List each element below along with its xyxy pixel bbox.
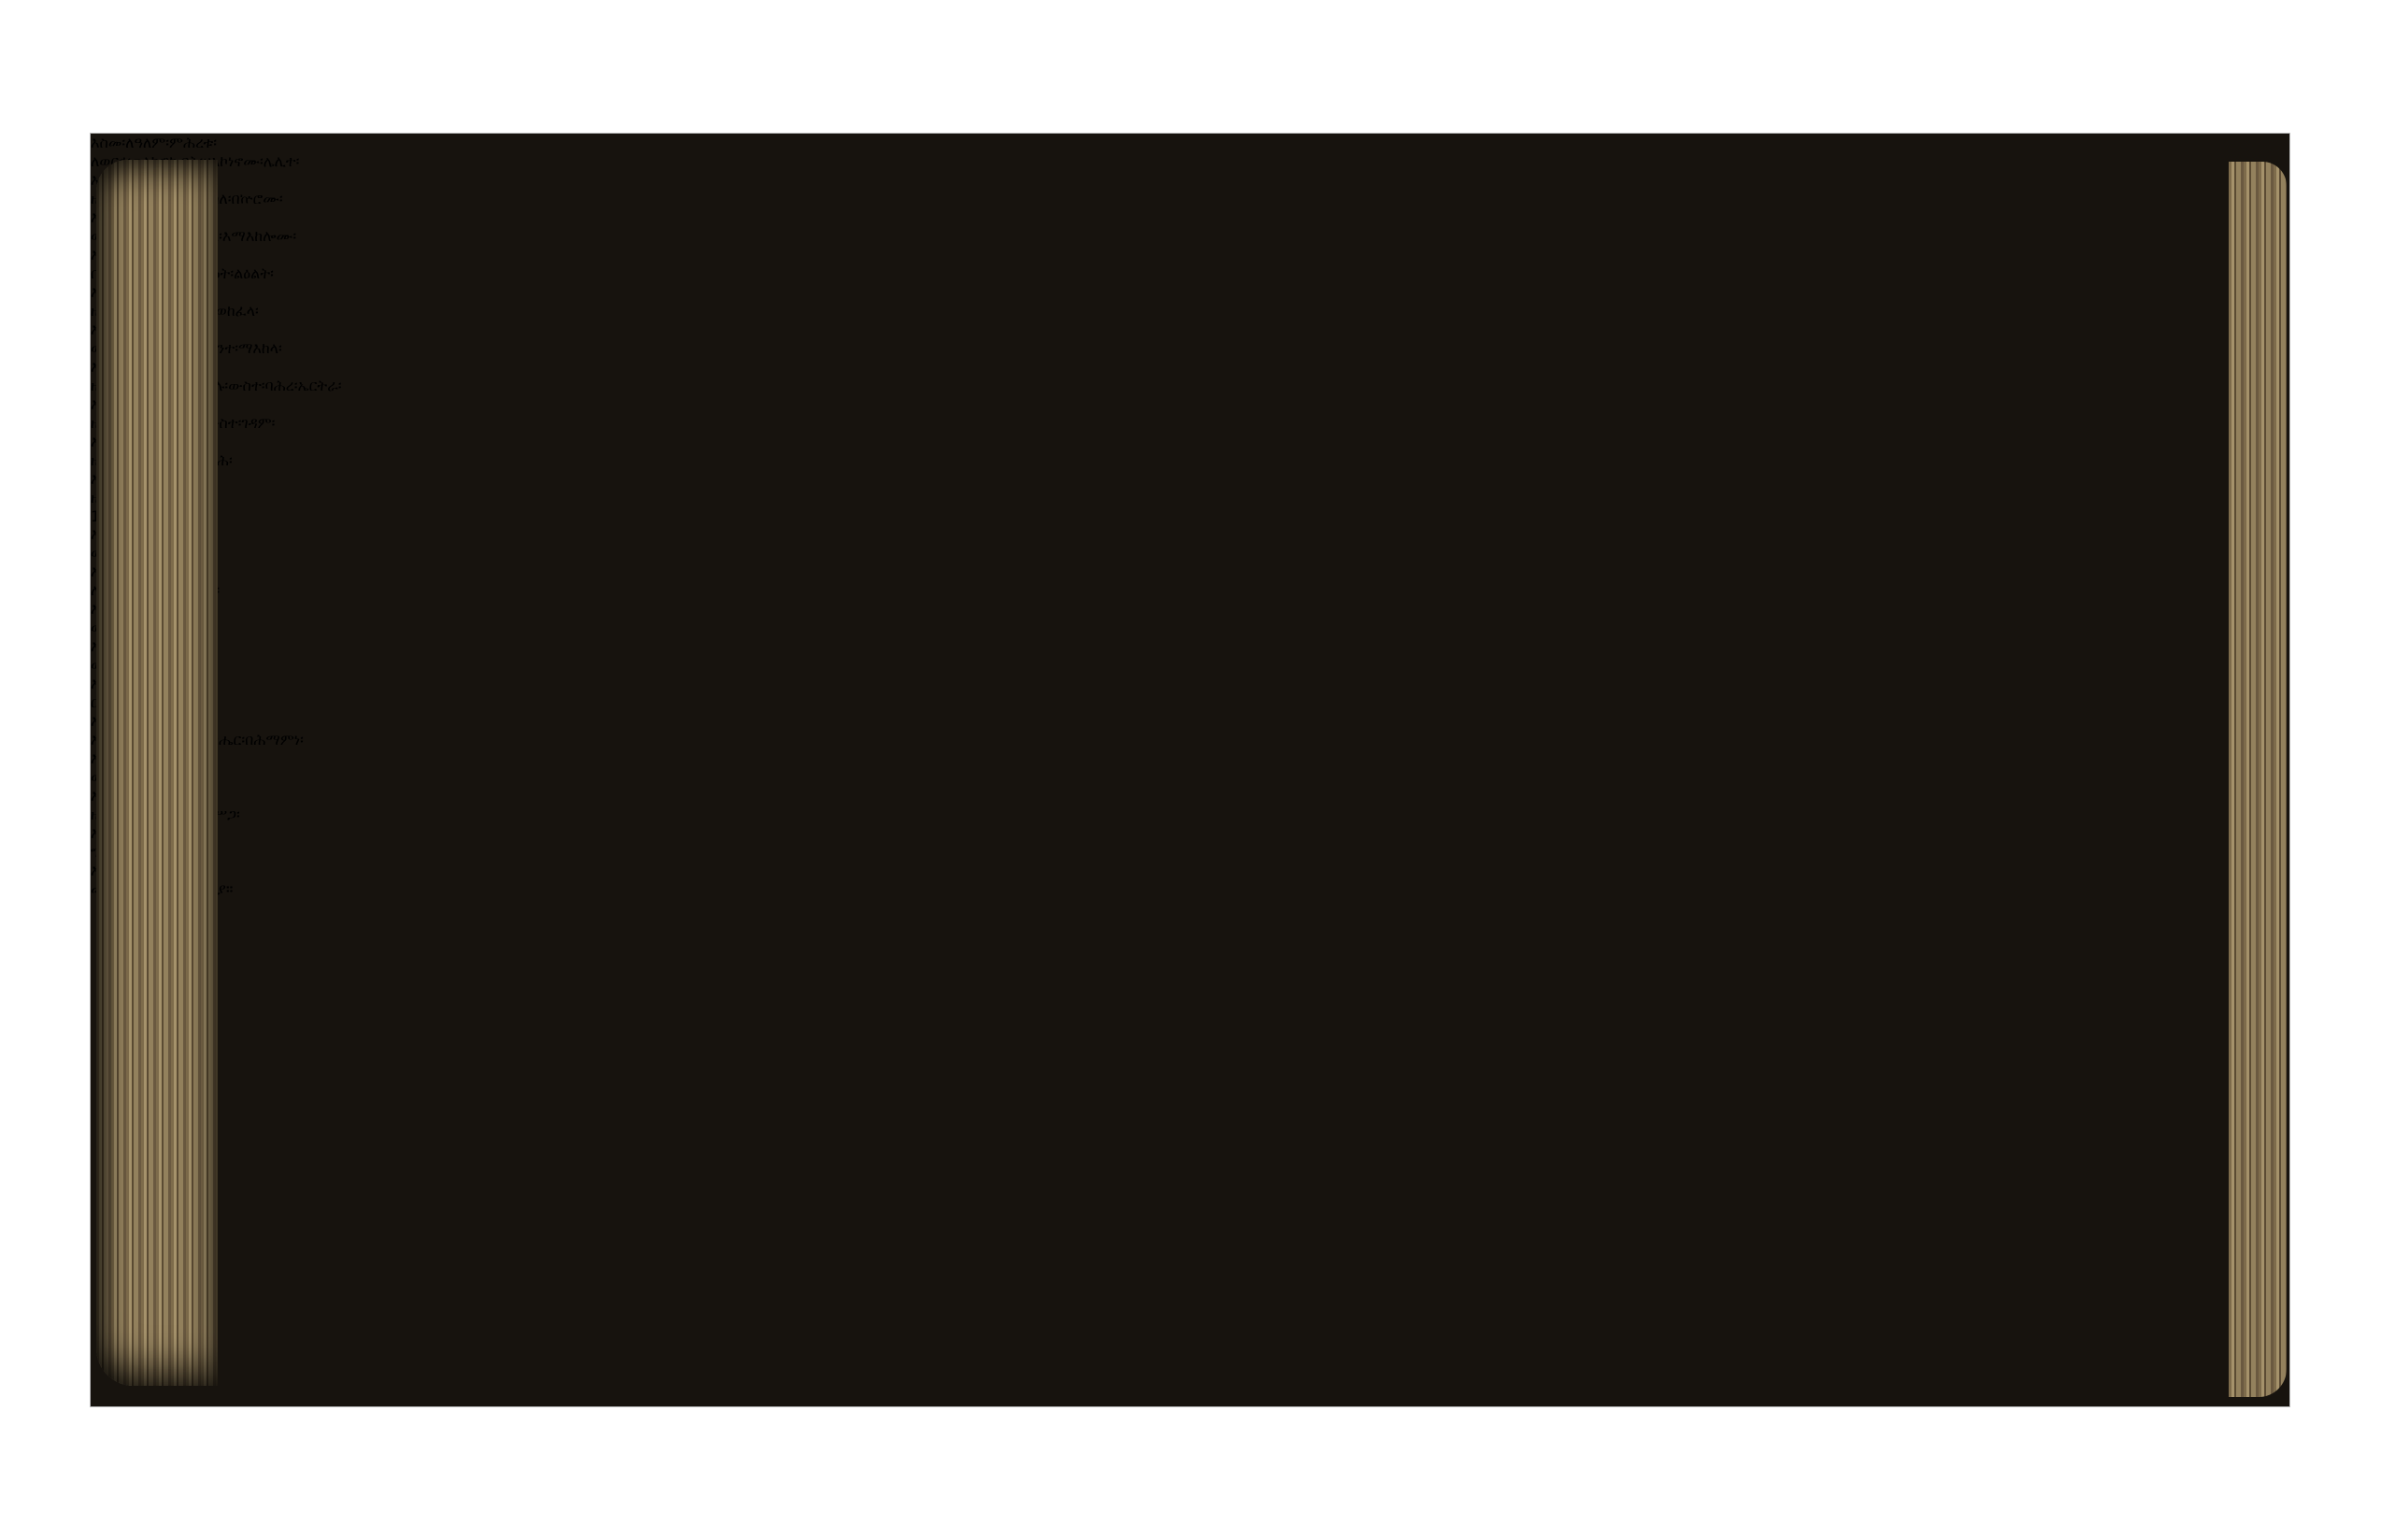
manuscript-line: ዘቀተሎሙ፡ለግብጽ፡ምስለ፡በኵሮሙ፡ <box>91 190 2289 208</box>
manuscript-photo: እስመ፡ለዓለም፡ምሕረቱ፡ለወርኅ፡ወለከዋክብት፡ዘአኮነኖሙ፡ሌሊተ፡እስ… <box>91 134 2289 1406</box>
manuscript-line: ዘቀተለ፡ነገሥተ፡ዓበይተ፡ <box>91 489 2289 507</box>
right-page-edge-stack <box>2229 162 2287 1397</box>
manuscript-line: ዘነፅሐ፡ለፈርዖን፡ወለኃይሉ፡ውስተ፡ባሕረ፡ኤርትራ፡ <box>91 377 2289 395</box>
manuscript-line: ወአፅአሙ፡ለእስራኤል፡እንተ፡ማእከላ፡ <box>91 339 2289 358</box>
manuscript-line: እስመ፡ለዓለም፡ምሕረቱ፡ <box>91 675 2289 693</box>
manuscript-line: እስመ፡ለዓለም፡ምሕረቱ፡ <box>91 563 2289 581</box>
folio-number: 123 <box>91 507 2289 525</box>
manuscript-line: እስመ፡ለዓለም፡ምሕረቱ፡ <box>91 525 2289 544</box>
left-page-lines: እስመ፡ለዓለም፡ምሕረቱ፡ለወርኅ፡ወለከዋክብት፡ዘአኮነኖሙ፡ሌሊተ፡እስ… <box>91 134 2289 507</box>
manuscript-line: እስመ፡ተዘከረነ፡እግዚአብሔር፡በሕማምነ፡ <box>91 731 2289 749</box>
manuscript-line: እስመ፡ለዓለም፡ምሕረቱ፡ <box>91 433 2289 451</box>
manuscript-line: እስመ፡ለዓለም፡ምሕረቱ፡ <box>91 470 2289 489</box>
manuscript-line: እስመ፡ለዓለም፡ምሕረቱ፡ <box>91 824 2289 843</box>
manuscript-line: ርስተ፡እስራኤል፡ገብሩ፡ <box>91 693 2289 712</box>
right-manuscript-page: 123 እስመ፡ለዓለም፡ምሕረቱ፡ወቀተለ፡ነገሥተ፡ጽኑዓነ፡እስመ፡ለዓለ… <box>91 507 2289 899</box>
left-manuscript-page: እስመ፡ለዓለም፡ምሕረቱ፡ለወርኅ፡ወለከዋክብት፡ዘአኮነኖሙ፡ሌሊተ፡እስ… <box>91 134 2289 507</box>
manuscript-line: ዘአውፅአ፡ማየ፡እምኰኵሕ፡ <box>91 451 2289 470</box>
line-text: እስመ፡ለዓለም፡ምሕረቱ፡ <box>91 134 217 151</box>
manuscript-line: እስመ፡ለዓለም፡ምሕረቱ፡ <box>91 862 2289 880</box>
right-page-lines: እስመ፡ለዓለም፡ምሕረቱ፡ወቀተለ፡ነገሥተ፡ጽኑዓነ፡እስመ፡ለዓለም፡ምሕ… <box>91 525 2289 899</box>
manuscript-line: እስመ፡ለዓለም፡ምሕረቱ፡ <box>91 134 2289 152</box>
manuscript-line: እስመ፡ለዓለም፡ምሕረቱ፡ <box>91 637 2289 656</box>
manuscript-line: እስመ፡ለዓለም፡ምሕረቱ፡ <box>91 787 2289 806</box>
manuscript-line: እስመ፡ለዓለም፡ምሕረቱ፡ <box>91 321 2289 339</box>
manuscript-line: እስመ፡ለዓለም፡ምሕረቱ፡ <box>91 283 2289 302</box>
manuscript-line: ዘአውፅአሙ፡ለሕዝቡ፡ውስተ፡ገዳም፡ <box>91 414 2289 433</box>
left-page-edge-stack <box>96 160 218 1386</box>
manuscript-line: ወለአግ፡ንጉሠ፡ባሳን፡ <box>91 619 2289 637</box>
manuscript-line: መዝሙር፡ዘዳዊት፡ሃሌ፡ሉያ። <box>91 880 2289 899</box>
manuscript-line: ለወርኅ፡ወለከዋክብት፡ዘአኮነኖሙ፡ሌሊተ፡ <box>91 152 2289 171</box>
manuscript-line: እስመ፡ለዓለም፡ምሕረቱ፡ <box>91 358 2289 377</box>
manuscript-line: ለሴዎን፡ንጉሠ፡አሞሬዎን፡ <box>91 581 2289 600</box>
manuscript-line: እስመ፡ለዓለም፡ምሕረቱ፡ <box>91 208 2289 227</box>
screenshot-root: እስመ፡ለዓለም፡ምሕረቱ፡ለወርኅ፡ወለከዋክብት፡ዘአኮነኖሙ፡ሌሊተ፡እስ… <box>0 0 2381 1540</box>
manuscript-line: እስመ፡ለዓለም፡ምሕረቱ፡ <box>91 171 2289 190</box>
manuscript-line: እስመ፡ለዓለም፡ምሕረቱ፡ <box>91 246 2289 264</box>
manuscript-line: እስመ፡ለዓለም፡ምሕረቱ <box>91 600 2289 619</box>
manuscript-line: ዘነፈቃ፡ለባሕረ፡ኤርትራ፡ወከፈላ፡ <box>91 302 2289 321</box>
manuscript-line: በእድ፡ፅንዕት፡ወበመዝራዕት፡ልዕልት፡ <box>91 264 2289 283</box>
manuscript-line: ወወሀበ፡ምድሮሙ፡ርስተ፡ <box>91 656 2289 675</box>
manuscript-line: ወአድኃነነ፡እምእደ፡ፀርነ፡ <box>91 768 2289 787</box>
manuscript-line: እስመ፡ለዓለም፡ምሕረቱ፡ <box>91 712 2289 731</box>
manuscript-line: ዘይሁብ፡ሲሳዮ፡ለኵሉ፡ዘሥጋ፡ <box>91 806 2289 824</box>
manuscript-line: ወአውፅአሙ፡ለእስራኤል፡እማእከሎሙ፡ <box>91 227 2289 246</box>
manuscript-line: ወቀተለ፡ነገሥተ፡ጽኑዓነ፡ <box>91 544 2289 563</box>
manuscript-line: ግነዩ፡ለአምላከ፡ሰማይ፡ <box>91 843 2289 862</box>
manuscript-line: እስመ፡ለዓለም፡ምሕረቱ፡ <box>91 749 2289 768</box>
manuscript-line: እስመ፡ለዓለም፡ምሕረቱ፡ <box>91 395 2289 414</box>
